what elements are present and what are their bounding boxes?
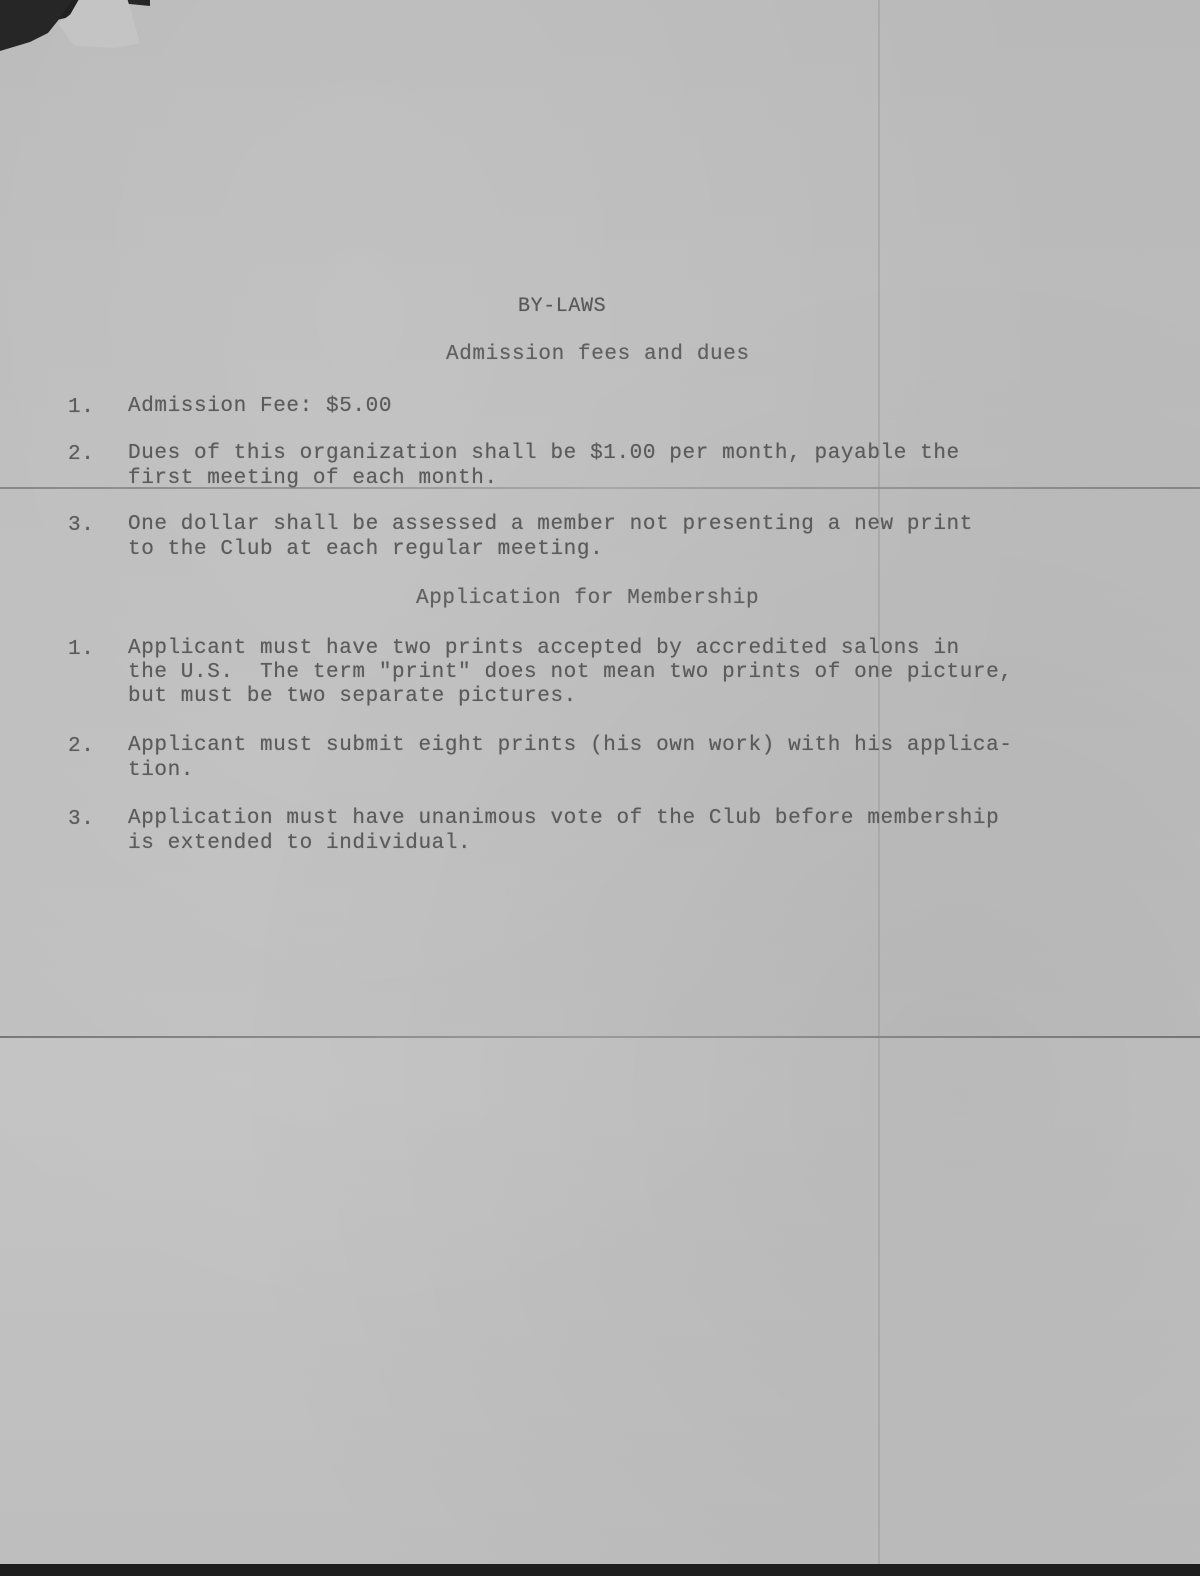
item-line: is extended to individual. <box>128 831 471 856</box>
lower-fold-panel <box>0 1037 1200 1564</box>
item-number: 3. <box>68 808 108 831</box>
fold-crease-vertical <box>878 0 880 1564</box>
item-line: Dues of this organization shall be $1.00… <box>128 441 960 466</box>
item-number: 1. <box>68 638 108 661</box>
section-heading-admission: Admission fees and dues <box>446 343 750 366</box>
item-line: the U.S. The term "print" does not mean … <box>128 660 1013 685</box>
item-number: 1. <box>68 396 108 419</box>
section-heading-membership: Application for Membership <box>416 587 759 610</box>
item-number: 2. <box>68 443 108 466</box>
item-line: tion. <box>128 758 194 783</box>
document-title: BY-LAWS <box>518 295 606 318</box>
item-line: Admission Fee: $5.00 <box>128 394 392 419</box>
fold-crease-lower <box>0 1036 1200 1038</box>
item-line: Applicant must have two prints accepted … <box>128 636 960 661</box>
item-line: Applicant must submit eight prints (his … <box>128 733 1013 758</box>
item-line: Application must have unanimous vote of … <box>128 806 999 831</box>
item-line: but must be two separate pictures. <box>128 684 577 709</box>
item-line: first meeting of each month. <box>128 466 498 491</box>
item-line: to the Club at each regular meeting. <box>128 537 603 562</box>
item-line: One dollar shall be assessed a member no… <box>128 512 973 537</box>
typed-paper-sheet: BY-LAWS Admission fees and dues 1. Admis… <box>0 0 1200 1564</box>
item-number: 3. <box>68 514 108 537</box>
item-number: 2. <box>68 735 108 758</box>
